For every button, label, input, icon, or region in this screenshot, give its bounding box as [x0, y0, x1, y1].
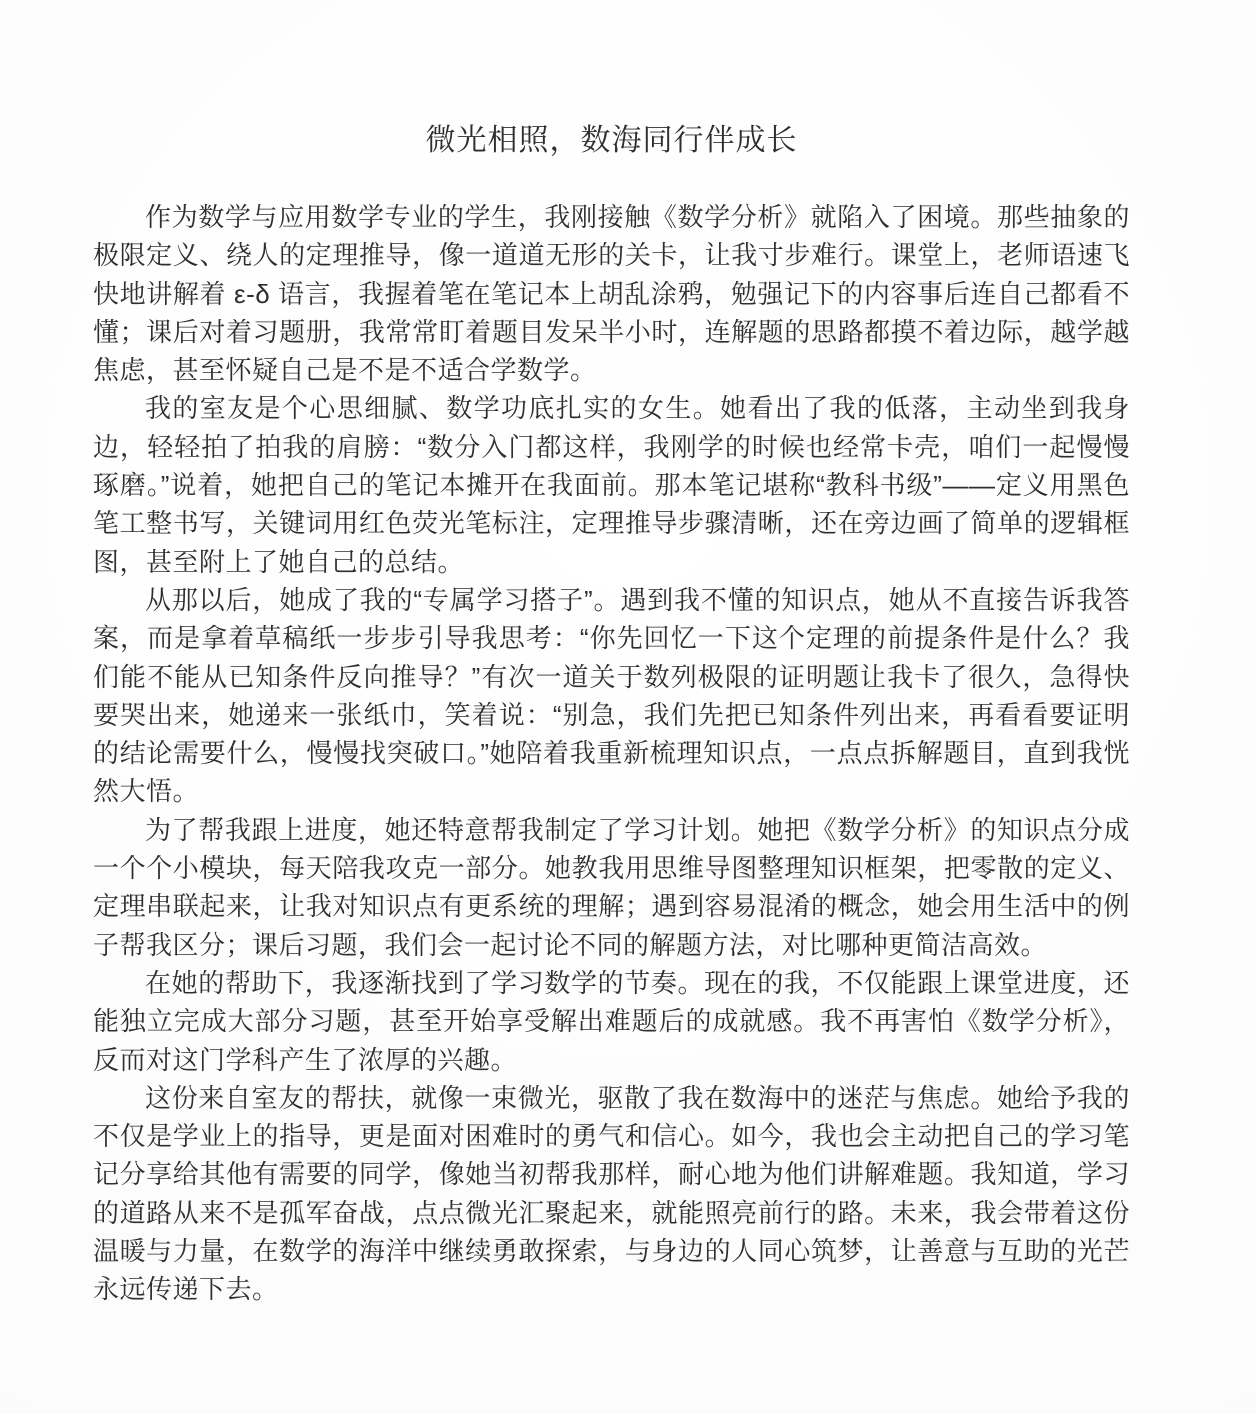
- essay-title: 微光相照，数海同行伴成长: [93, 119, 1130, 163]
- paragraph: 从那以后，她成了我的“专属学习搭子”。遇到我不懂的知识点，她从不直接告诉我答案，…: [93, 581, 1130, 811]
- essay-body: 作为数学与应用数学专业的学生，我刚接触《数学分析》就陷入了困境。那些抽象的极限定…: [93, 198, 1130, 1309]
- paragraph: 我的室友是个心思细腻、数学功底扎实的女生。她看出了我的低落，主动坐到我身边，轻轻…: [93, 389, 1130, 580]
- paragraph: 在她的帮助下，我逐渐找到了学习数学的节奏。现在的我，不仅能跟上课堂进度，还能独立…: [93, 964, 1130, 1079]
- document-page: 微光相照，数海同行伴成长 作为数学与应用数学专业的学生，我刚接触《数学分析》就陷…: [0, 0, 1256, 1414]
- paragraph: 这份来自室友的帮扶，就像一束微光，驱散了我在数海中的迷茫与焦虑。她给予我的不仅是…: [93, 1079, 1130, 1309]
- paragraph: 作为数学与应用数学专业的学生，我刚接触《数学分析》就陷入了困境。那些抽象的极限定…: [93, 198, 1130, 389]
- paragraph: 为了帮我跟上进度，她还特意帮我制定了学习计划。她把《数学分析》的知识点分成一个个…: [93, 811, 1130, 964]
